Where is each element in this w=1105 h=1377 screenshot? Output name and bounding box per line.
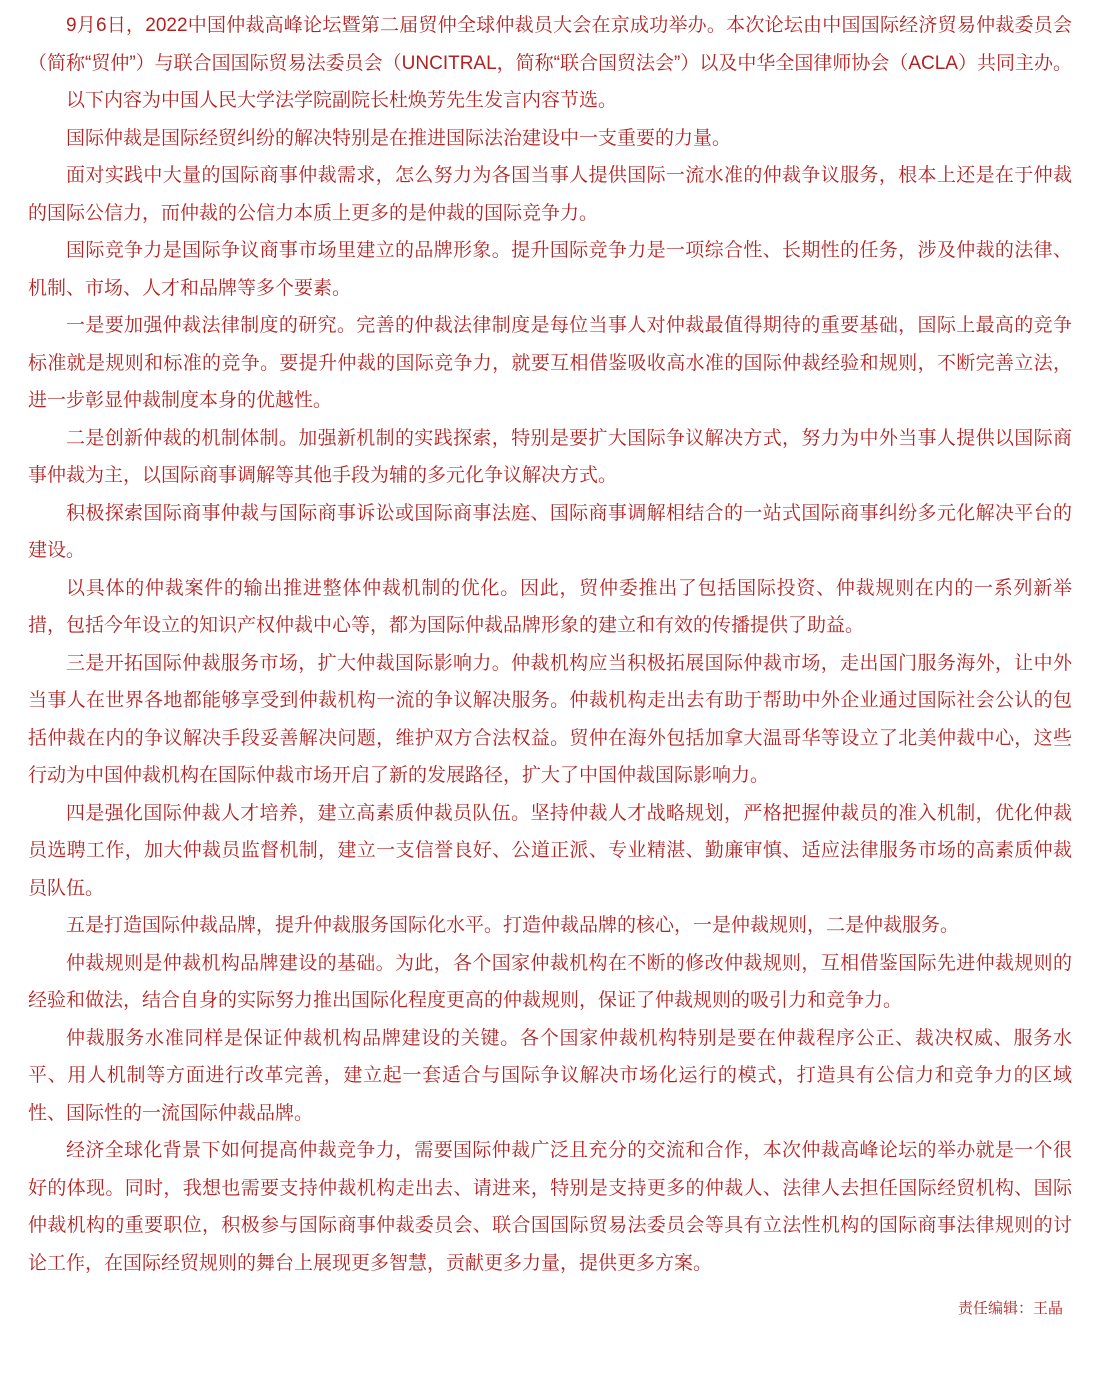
article-page: 9月6日，2022中国仲裁高峰论坛暨第二届贸仲全球仲裁员大会在京成功举办。本次论… [0,0,1105,1377]
paragraph: 二是创新仲裁的机制体制。加强新机制的实践探索，特别是要扩大国际争议解决方式，努力… [28,420,1072,495]
paragraph: 9月6日，2022中国仲裁高峰论坛暨第二届贸仲全球仲裁员大会在京成功举办。本次论… [28,7,1072,82]
editor-byline: 责任编辑：王晶 [0,1298,1105,1320]
paragraph: 面对实践中大量的国际商事仲裁需求，怎么努力为各国当事人提供国际一流水准的仲裁争议… [28,157,1072,232]
paragraph: 仲裁服务水准同样是保证仲裁机构品牌建设的关键。各个国家仲裁机构特别是要在仲裁程序… [28,1020,1072,1133]
paragraph: 积极探索国际商事仲裁与国际商事诉讼或国际商事法庭、国际商事调解相结合的一站式国际… [28,495,1072,570]
paragraph: 国际竞争力是国际争议商事市场里建立的品牌形象。提升国际竞争力是一项综合性、长期性… [28,232,1072,307]
paragraph: 四是强化国际仲裁人才培养，建立高素质仲裁员队伍。坚持仲裁人才战略规划，严格把握仲… [28,795,1072,908]
paragraph: 五是打造国际仲裁品牌，提升仲裁服务国际化水平。打造仲裁品牌的核心，一是仲裁规则，… [28,907,1072,945]
paragraph: 经济全球化背景下如何提高仲裁竞争力，需要国际仲裁广泛且充分的交流和合作，本次仲裁… [28,1132,1072,1282]
paragraph: 仲裁规则是仲裁机构品牌建设的基础。为此，各个国家仲裁机构在不断的修改仲裁规则，互… [28,945,1072,1020]
paragraph: 以下内容为中国人民大学法学院副院长杜焕芳先生发言内容节选。 [28,82,1072,120]
paragraph: 三是开拓国际仲裁服务市场，扩大仲裁国际影响力。仲裁机构应当积极拓展国际仲裁市场，… [28,645,1072,795]
paragraph: 一是要加强仲裁法律制度的研究。完善的仲裁法律制度是每位当事人对仲裁最值得期待的重… [28,307,1072,420]
paragraph: 以具体的仲裁案件的输出推进整体仲裁机制的优化。因此，贸仲委推出了包括国际投资、仲… [28,570,1072,645]
paragraph: 国际仲裁是国际经贸纠纷的解决特别是在推进国际法治建设中一支重要的力量。 [28,120,1072,158]
article-body: 9月6日，2022中国仲裁高峰论坛暨第二届贸仲全球仲裁员大会在京成功举办。本次论… [0,0,1105,1282]
